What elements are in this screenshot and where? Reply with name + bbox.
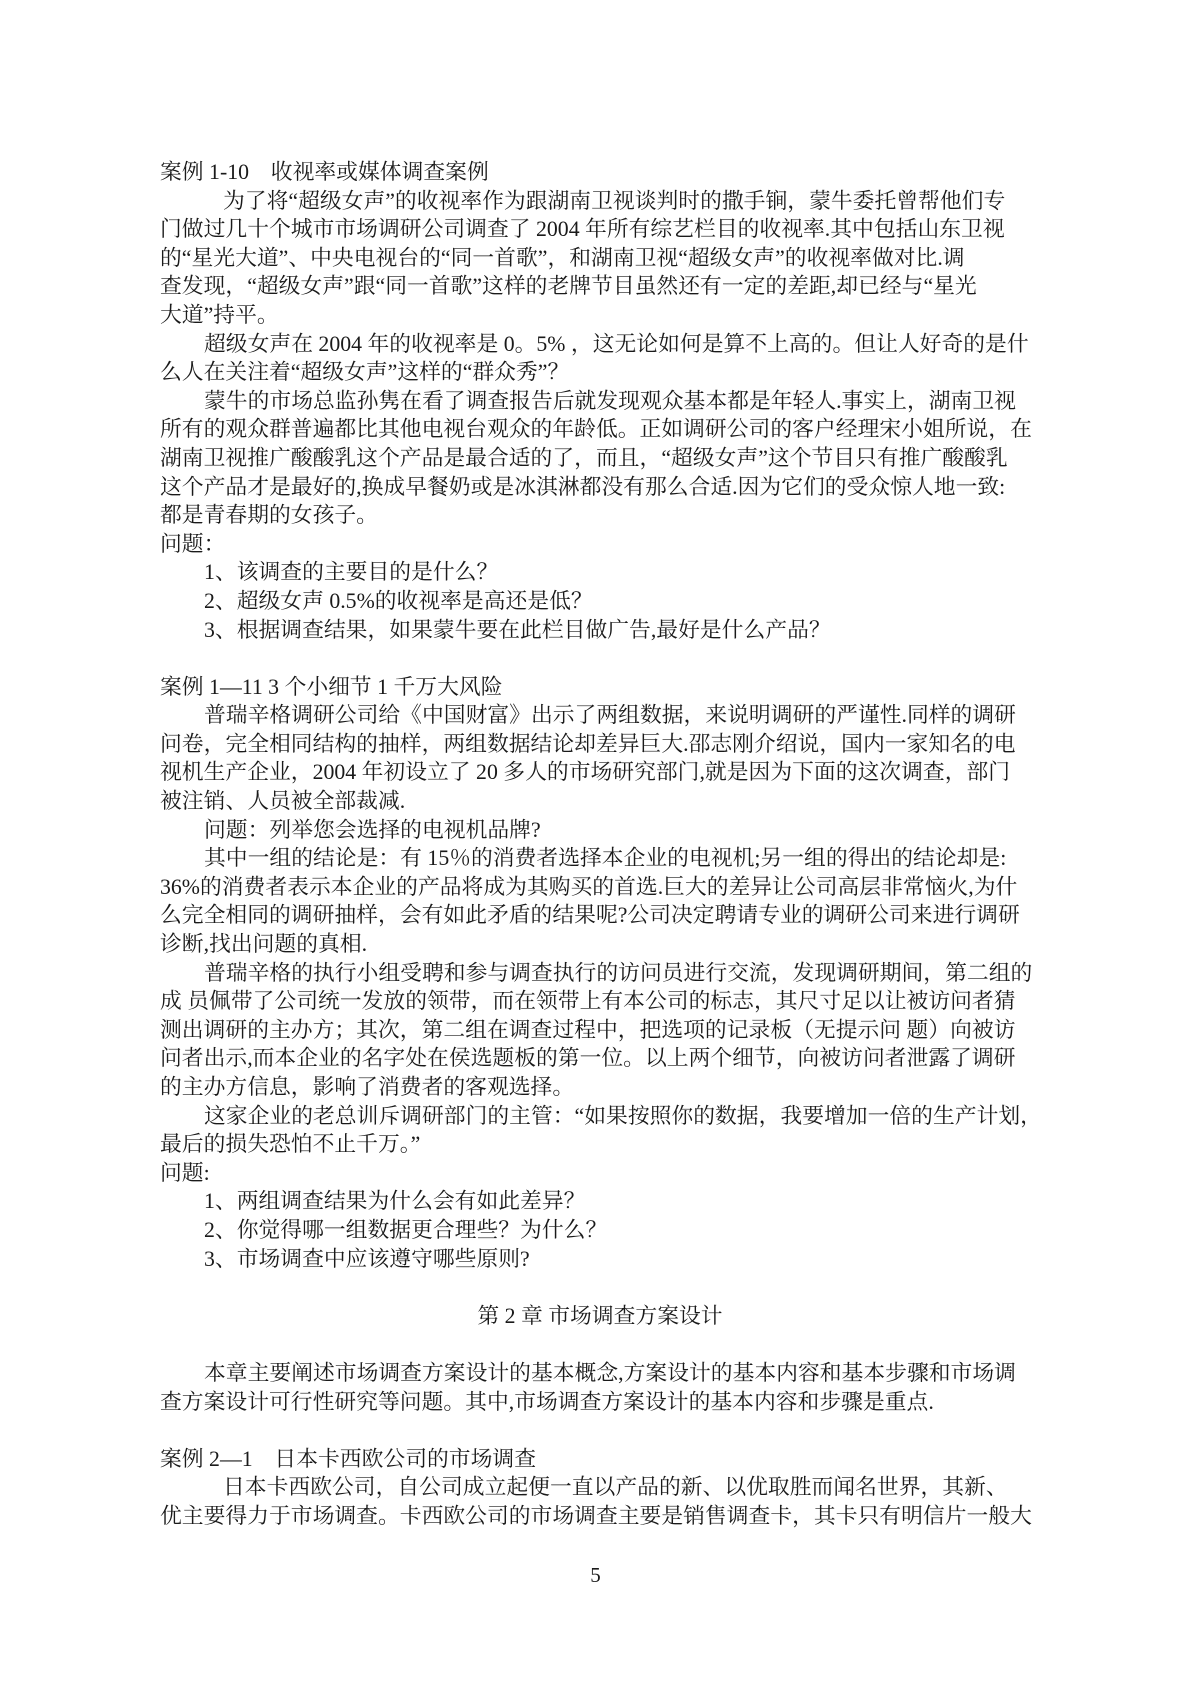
document-lines: 案例 1-10 收视率或媒体调查案例为了将“超级女声”的收视率作为跟湖南卫视谈判… — [160, 158, 1040, 1531]
text-line: 2、超级女声 0.5%的收视率是高还是低？ — [160, 587, 1040, 616]
text-line: 视机生产企业，2004 年初设立了 20 多人的市场研究部门,就是因为下面的这次… — [160, 758, 1040, 787]
text-line: 优主要得力于市场调查。卡西欧公司的市场调查主要是销售调查卡，其卡只有明信片一般大 — [160, 1502, 1040, 1531]
text-line: 问题： — [160, 530, 1040, 559]
text-line: 门做过几十个城市市场调研公司调查了 2004 年所有综艺栏目的收视率.其中包括山… — [160, 215, 1040, 244]
text-line: 案例 1—11 3 个小细节 1 千万大风险 — [160, 673, 1040, 702]
text-line: 1、该调查的主要目的是什么？ — [160, 558, 1040, 587]
text-line: 蒙牛的市场总监孙隽在看了调查报告后就发现观众基本都是年轻人.事实上，湖南卫视 — [160, 387, 1040, 416]
text-line: 其中一组的结论是：有 15％的消费者选择本企业的电视机;另一组的得出的结论却是: — [160, 844, 1040, 873]
chapter-heading: 第 2 章 市场调查方案设计 — [160, 1302, 1040, 1331]
text-line: 日本卡西欧公司，自公司成立起便一直以产品的新、以优取胜而闻名世界，其新、 — [160, 1473, 1040, 1502]
text-line: 么人在关注着“超级女声”这样的“群众秀”？ — [160, 358, 1040, 387]
text-line: 被注销、人员被全部裁减. — [160, 787, 1040, 816]
text-line: 问题: — [160, 1159, 1040, 1188]
blank-line — [160, 1273, 1040, 1302]
text-line: 案例 2—1 日本卡西欧公司的市场调查 — [160, 1445, 1040, 1474]
blank-line — [160, 1330, 1040, 1359]
text-line: 案例 1-10 收视率或媒体调查案例 — [160, 158, 1040, 187]
document-page: 案例 1-10 收视率或媒体调查案例为了将“超级女声”的收视率作为跟湖南卫视谈判… — [0, 0, 1191, 1684]
text-line: 测出调研的主办方；其次，第二组在调查过程中，把选项的记录板（无提示问 题）向被访 — [160, 1016, 1040, 1045]
text-line: 超级女声在 2004 年的收视率是 0。5% ，这无论如何是算不上高的。但让人好… — [160, 330, 1040, 359]
text-line: 的主办方信息，影响了消费者的客观选择。 — [160, 1073, 1040, 1102]
page-number: 5 — [0, 1560, 1191, 1590]
text-line: 的“星光大道”、中央电视台的“同一首歌”，和湖南卫视“超级女声”的收视率做对比.… — [160, 244, 1040, 273]
text-line: 都是青春期的女孩子。 — [160, 501, 1040, 530]
text-line: 这家企业的老总训斥调研部门的主管：“如果按照你的数据，我要增加一倍的生产计划， — [160, 1102, 1040, 1131]
text-line: 3、根据调查结果，如果蒙牛要在此栏目做广告,最好是什么产品？ — [160, 616, 1040, 645]
text-line: 查发现，“超级女声”跟“同一首歌”这样的老牌节目虽然还有一定的差距,却已经与“星… — [160, 272, 1040, 301]
blank-line — [160, 644, 1040, 673]
text-line: 普瑞辛格调研公司给《中国财富》出示了两组数据，来说明调研的严谨性.同样的调研 — [160, 701, 1040, 730]
text-line: 诊断,找出问题的真相. — [160, 930, 1040, 959]
text-line: 成 员佩带了公司统一发放的领带，而在领带上有本公司的标志，其尺寸足以让被访问者猜 — [160, 987, 1040, 1016]
text-line: 湖南卫视推广酸酸乳这个产品是最合适的了，而且，“超级女声”这个节目只有推广酸酸乳 — [160, 444, 1040, 473]
blank-line — [160, 1416, 1040, 1445]
text-line: 问卷，完全相同结构的抽样，两组数据结论却差异巨大.邵志刚介绍说，国内一家知名的电 — [160, 730, 1040, 759]
text-line: 3、市场调查中应该遵守哪些原则? — [160, 1245, 1040, 1274]
text-line: 最后的损失恐怕不止千万。” — [160, 1130, 1040, 1159]
text-line: 问者出示,而本企业的名字处在侯选题板的第一位。以上两个细节，向被访问者泄露了调研 — [160, 1044, 1040, 1073]
text-line: 36%的消费者表示本企业的产品将成为其购买的首选.巨大的差异让公司高层非常恼火,… — [160, 873, 1040, 902]
text-line: 么完全相同的调研抽样，会有如此矛盾的结果呢?公司决定聘请专业的调研公司来进行调研 — [160, 901, 1040, 930]
text-line: 本章主要阐述市场调查方案设计的基本概念,方案设计的基本内容和基本步骤和市场调 — [160, 1359, 1040, 1388]
text-line: 1、两组调查结果为什么会有如此差异？ — [160, 1187, 1040, 1216]
text-line: 大道”持平。 — [160, 301, 1040, 330]
text-line: 查方案设计可行性研究等问题。其中,市场调查方案设计的基本内容和步骤是重点. — [160, 1388, 1040, 1417]
text-line: 普瑞辛格的执行小组受聘和参与调查执行的访问员进行交流，发现调研期间，第二组的 — [160, 959, 1040, 988]
text-line: 问题：列举您会选择的电视机品牌? — [160, 816, 1040, 845]
text-line: 为了将“超级女声”的收视率作为跟湖南卫视谈判时的撒手锏，蒙牛委托曾帮他们专 — [160, 187, 1040, 216]
text-line: 2、你觉得哪一组数据更合理些？为什么？ — [160, 1216, 1040, 1245]
text-line: 所有的观众群普遍都比其他电视台观众的年龄低。正如调研公司的客户经理宋小姐所说，在 — [160, 415, 1040, 444]
text-line: 这个产品才是最好的,换成早餐奶或是冰淇淋都没有那么合适.因为它们的受众惊人地一致… — [160, 473, 1040, 502]
